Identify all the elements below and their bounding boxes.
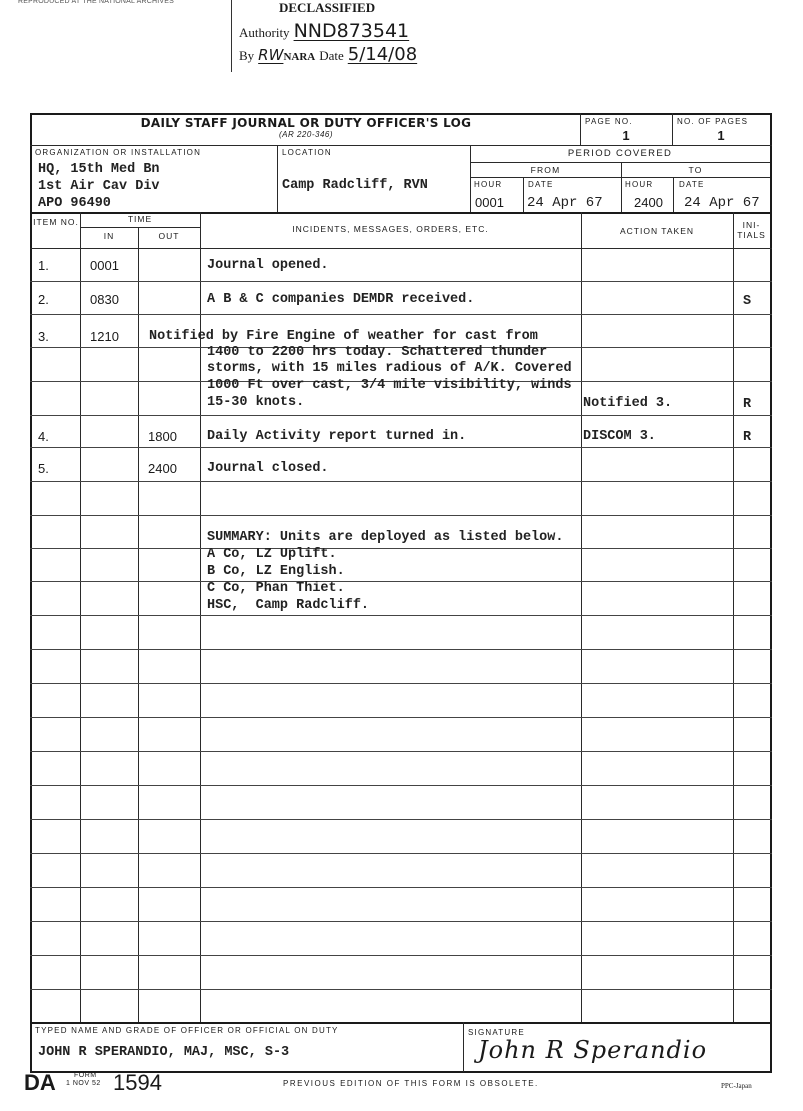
summary-line: HSC, Camp Radcliff. (207, 597, 563, 614)
row-divider (30, 683, 772, 684)
summary-block: SUMMARY: Units are deployed as listed be… (207, 529, 563, 614)
to-hour-value: 2400 (634, 195, 663, 210)
row-divider (30, 819, 772, 820)
form-number: 1594 (113, 1070, 162, 1096)
form-word: FORM (66, 1072, 101, 1080)
organization-line: 1st Air Cav Div (38, 178, 160, 195)
action-taken: DISCOM 3. (583, 429, 656, 444)
incident-text: 1400 to 2200 hrs today. Schattered thund… (207, 345, 547, 360)
row-divider (30, 853, 772, 854)
row-divider (30, 447, 772, 448)
location-label: LOCATION (282, 148, 332, 157)
row-divider (30, 515, 772, 516)
authority-label: Authority (239, 25, 290, 40)
signature: John R Sperandio (478, 1036, 707, 1064)
agency: NARA (283, 51, 315, 63)
time-in: 0001 (90, 258, 119, 273)
row-divider (30, 989, 772, 990)
row-divider (30, 281, 772, 282)
form-date-block: FORM 1 NOV 52 (66, 1072, 101, 1088)
organization-value: HQ, 15th Med Bn 1st Air Cav Div APO 9649… (38, 161, 160, 212)
row-divider (30, 717, 772, 718)
col-header-initials-line: INI- (733, 220, 770, 230)
incident-text: storms, with 15 miles radious of A/K. Co… (207, 361, 572, 376)
col-header-action: ACTION TAKEN (581, 226, 733, 236)
row-divider (30, 415, 772, 416)
initials: S (743, 294, 751, 309)
col-header-time: TIME (80, 214, 200, 224)
summary-line: SUMMARY: Units are deployed as listed be… (207, 529, 563, 546)
item-no: 5. (38, 461, 49, 476)
col-header-in: IN (80, 231, 138, 241)
printer-mark: PPC-Japan (721, 1082, 752, 1090)
row-divider (30, 955, 772, 956)
declassification-stamp: DECLASSIFIED Authority NND873541 By RWNA… (231, 0, 431, 72)
row-divider (30, 887, 772, 888)
time-in: 0830 (90, 292, 119, 307)
by-label: By (239, 48, 254, 63)
stamp-title: DECLASSIFIED (279, 0, 375, 16)
action-taken: Notified 3. (583, 396, 672, 411)
summary-line: C Co, Phan Thiet. (207, 580, 563, 597)
location-value: Camp Radcliff, RVN (282, 178, 428, 193)
incident-text: Daily Activity report turned in. (207, 429, 466, 444)
incident-text: 15-30 knots. (207, 395, 304, 410)
to-date-value: 24 Apr 67 (684, 195, 760, 211)
col-header-initials-line: TIALS (733, 230, 770, 240)
stamp-divider (231, 0, 232, 72)
date-label: Date (319, 48, 344, 63)
form-title: DAILY STAFF JOURNAL OR DUTY OFFICER'S LO… (32, 116, 580, 130)
archive-reproduction-note: REPRODUCED AT THE NATIONAL ARCHIVES (18, 0, 174, 5)
item-no: 4. (38, 429, 49, 444)
from-hour-label: HOUR (474, 180, 502, 189)
row-divider (30, 314, 772, 315)
row-divider (30, 615, 772, 616)
from-date-label: DATE (528, 180, 554, 189)
item-no: 2. (38, 292, 49, 307)
row-divider (30, 751, 772, 752)
time-in: 1210 (90, 329, 119, 344)
col-header-initials: INI- TIALS (733, 220, 770, 240)
form-regulation: (AR 220-346) (32, 130, 580, 139)
item-no: 3. (38, 329, 49, 344)
organization-line: HQ, 15th Med Bn (38, 161, 160, 178)
row-divider (30, 785, 772, 786)
officer-name: JOHN R SPERANDIO, MAJ, MSC, S-3 (38, 1045, 289, 1060)
col-header-incidents: INCIDENTS, MESSAGES, ORDERS, ETC. (200, 224, 581, 234)
to-label: TO (621, 165, 770, 175)
col-header-out: OUT (138, 231, 200, 241)
time-out: 2400 (148, 461, 177, 476)
no-of-pages-value: 1 (672, 128, 770, 143)
stamp-date: 5/14/08 (348, 44, 417, 65)
from-date-value: 24 Apr 67 (527, 195, 603, 211)
page-no-label: PAGE NO. (585, 117, 633, 126)
row-divider (30, 481, 772, 482)
organization-line: APO 96490 (38, 195, 160, 212)
time-out: 1800 (148, 429, 177, 444)
from-label: FROM (470, 165, 621, 175)
page-no-value: 1 (580, 128, 672, 143)
organization-label: ORGANIZATION OR INSTALLATION (35, 148, 201, 157)
form-date: 1 NOV 52 (66, 1080, 101, 1088)
summary-line: B Co, LZ English. (207, 563, 563, 580)
col-header-item-no: ITEM NO. (32, 217, 80, 227)
officer-label: TYPED NAME AND GRADE OF OFFICER OR OFFIC… (35, 1026, 339, 1035)
incident-text: Journal closed. (207, 461, 329, 476)
incident-text: Notified by Fire Engine of weather for c… (149, 329, 538, 344)
incident-text: 1000 Ft over cast, 3/4 mile visibility, … (207, 378, 572, 393)
row-divider (30, 921, 772, 922)
row-divider (30, 649, 772, 650)
initials: R (743, 397, 751, 412)
no-of-pages-label: NO. OF PAGES (677, 117, 748, 126)
incident-text: Journal opened. (207, 258, 329, 273)
period-covered-label: PERIOD COVERED (470, 148, 770, 159)
previous-edition-note: PREVIOUS EDITION OF THIS FORM IS OBSOLET… (283, 1079, 539, 1088)
to-date-label: DATE (679, 180, 705, 189)
summary-line: A Co, LZ Uplift. (207, 546, 563, 563)
to-hour-label: HOUR (625, 180, 653, 189)
by-initials: RW (258, 46, 283, 64)
from-hour-value: 0001 (475, 195, 504, 210)
incident-text: A B & C companies DEMDR received. (207, 292, 474, 307)
form-prefix: DA (24, 1070, 56, 1096)
initials: R (743, 430, 751, 445)
item-no: 1. (38, 258, 49, 273)
authority-value: NND873541 (294, 20, 410, 42)
